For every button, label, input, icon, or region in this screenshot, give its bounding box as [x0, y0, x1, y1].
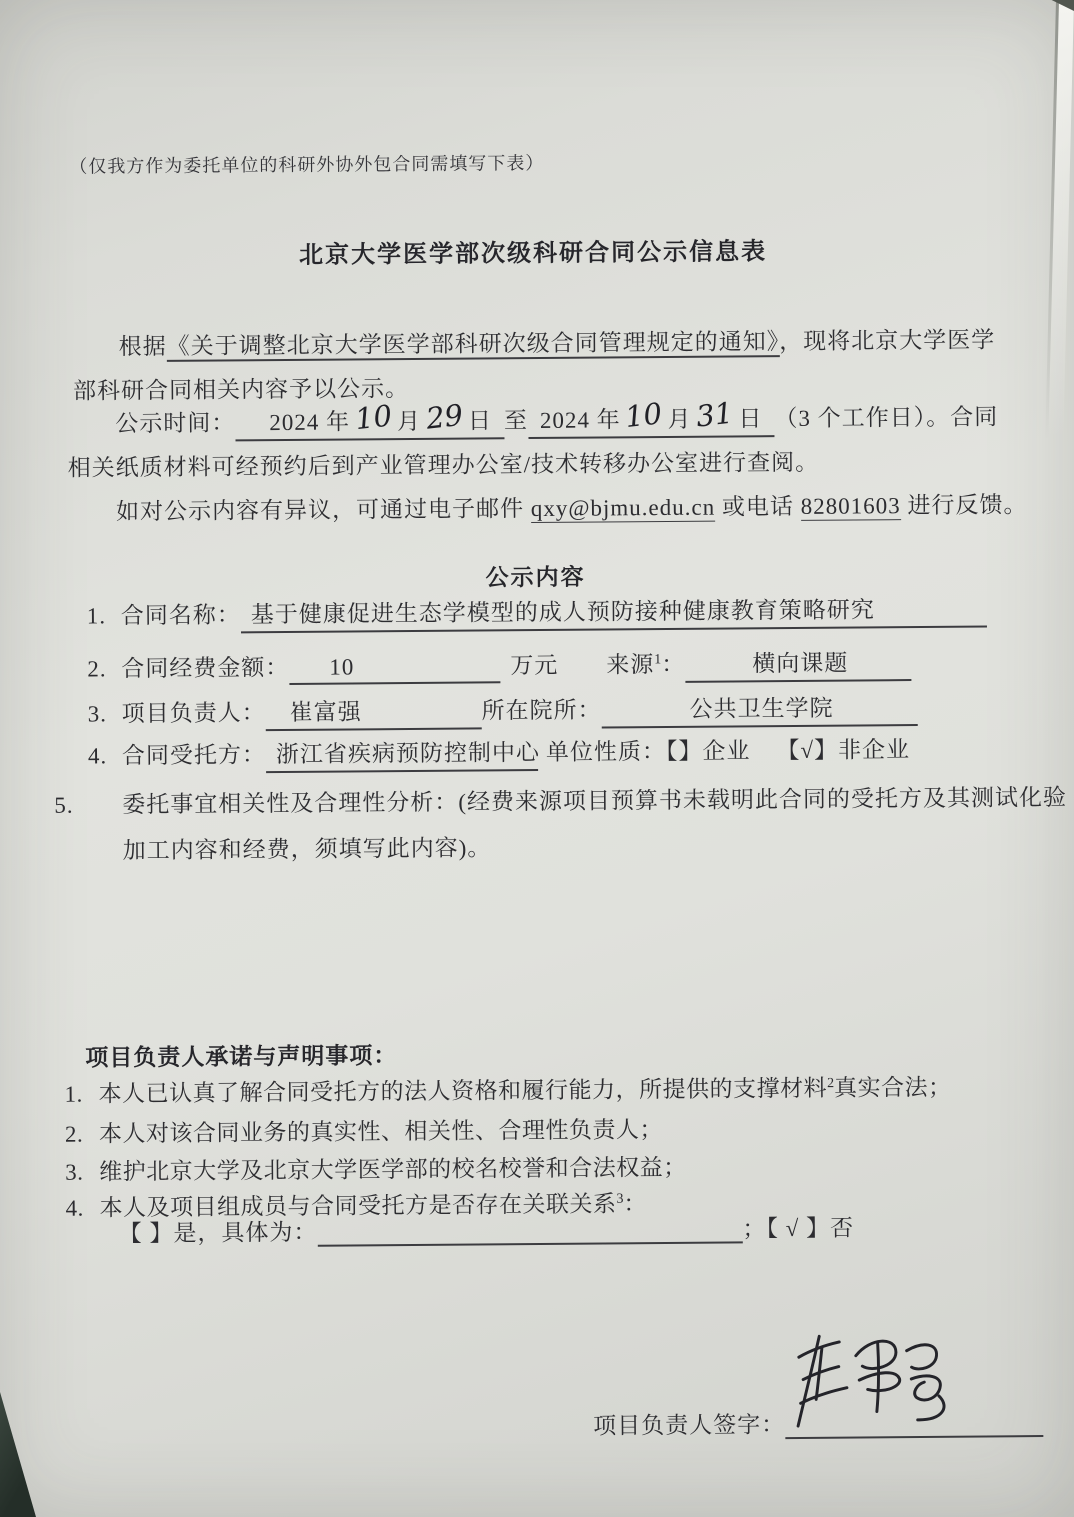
decl-text: 维护北京大学及北京大学医学部的校名校誉和合法权益； [99, 1155, 687, 1185]
item-relevance-analysis: 5.委托事宜相关性及合理性分析：(经费来源项目预算书未载明此合同的受托方及其测试… [88, 775, 1074, 875]
intro-prefix: 根据 [119, 334, 167, 359]
entity-enterprise-checkbox: 【】企业 [666, 738, 751, 764]
from-day-handwritten: 29 [424, 398, 464, 436]
date-from-segment: 2024 年10月29日 [235, 401, 504, 441]
relation-yes-no-line: 【 】是，具体为：；【 √ 】否 [119, 1210, 855, 1249]
entity-type-label: 单位性质： [546, 739, 666, 765]
signature-label: 项目负责人签字： [593, 1412, 785, 1439]
date-until-segment: 2024 年10月31日 [528, 399, 775, 439]
notice-title-underlined: 《关于调整北京大学医学部科研次级合同管理规定的通知》 [167, 329, 780, 362]
form-scope-note: （仅我方作为委托单位的科研外协外包合同需填写下表） [69, 149, 544, 179]
leader-value: 崔富强 [265, 692, 481, 731]
to-year-unit: 年 [597, 407, 621, 432]
to-day-unit: 日 [738, 406, 762, 431]
feedback-prefix: 如对公示内容有异议，可通过电子邮件 [116, 496, 531, 524]
from-year-unit: 年 [326, 409, 350, 434]
item-number: 4. [88, 743, 122, 769]
feedback-phone: 82801603 [801, 493, 901, 521]
from-month-unit: 月 [397, 409, 421, 434]
source-colon: ： [661, 652, 685, 677]
feedback-middle: 或电话 [715, 494, 801, 520]
item-contractor: 4.合同受托方：浙江省疾病预防控制中心单位性质：【】企业【√】非企业 [88, 731, 910, 774]
feedback-email: qxy@bjmu.edu.cn [531, 495, 716, 523]
amount-label: 合同经费金额： [121, 655, 289, 681]
contractor-label: 合同受托方： [122, 742, 266, 768]
item-number: 3. [88, 701, 122, 727]
declaration-item-2: 2.本人对该合同业务的真实性、相关性、合理性负责人； [65, 1111, 663, 1149]
yes-checkbox-option: 【 】是，具体为： [119, 1220, 318, 1247]
leader-label: 项目负责人： [122, 700, 266, 726]
decl-number: 4. [65, 1195, 99, 1221]
item-number: 1. [87, 603, 121, 629]
publicity-tail: （3 个工作日）。合同 [774, 404, 998, 431]
to-month-unit: 月 [667, 407, 691, 432]
institute-label: 所在院所： [482, 697, 602, 723]
decl-number: 1. [65, 1081, 99, 1107]
date-to-char: 至 [504, 408, 528, 433]
form-title: 北京大学医学部次级科研合同公示信息表 [0, 229, 1070, 272]
item-number: 2. [87, 656, 121, 682]
decl-number: 2. [65, 1121, 99, 1147]
section-heading: 公示内容 [0, 555, 1073, 596]
amount-value: 10 [289, 653, 500, 685]
publicity-line2: 相关纸质材料可经预约后到产业管理办公室/技术转移办公室进行查阅。 [68, 444, 820, 483]
decl-text-post: 真实合法； [834, 1075, 952, 1101]
feedback-suffix: 进行反馈。 [901, 492, 1028, 518]
analysis-label: 委托事宜相关性及合理性分析： [122, 790, 458, 818]
yes-detail-blank [317, 1217, 742, 1246]
source-value: 横向课题 [685, 644, 911, 683]
decl-text: 本人已认真了解合同受托方的法人资格和履行能力，所提供的支撑材料 [99, 1076, 828, 1107]
to-day-handwritten: 31 [695, 396, 735, 434]
no-checkbox-option: ；【 √ 】否 [742, 1216, 854, 1242]
item-contract-amount: 2.合同经费金额：10万元来源1：横向课题 [87, 644, 911, 687]
declaration-item-3: 3.维护北京大学及北京大学医学部的校名校誉和合法权益； [65, 1149, 687, 1187]
to-year: 2024 [540, 408, 590, 433]
publicity-period-line: 公示时间：2024 年10月29日至2024 年10月31日（3 个工作日）。合… [115, 397, 998, 442]
contract-name-label: 合同名称： [121, 602, 241, 628]
photographed-form-page: （仅我方作为委托单位的科研外协外包合同需填写下表） 北京大学医学部次级科研合同公… [0, 0, 1074, 1517]
form-content: （仅我方作为委托单位的科研外协外包合同需填写下表） 北京大学医学部次级科研合同公… [0, 0, 1074, 1517]
from-month-handwritten: 10 [353, 398, 393, 436]
feedback-line: 如对公示内容有异议，可通过电子邮件 qxy@bjmu.edu.cn 或电话 82… [116, 486, 1028, 526]
contractor-value: 浙江省疾病预防控制中心 [266, 734, 538, 773]
from-day-unit: 日 [468, 408, 492, 433]
source-label: 来源 [606, 652, 654, 677]
amount-unit: 万元 [510, 653, 558, 678]
item-contract-name: 1.合同名称：基于健康促进生态学模型的成人预防接种健康教育策略研究 [87, 590, 987, 634]
institute-value: 公共卫生学院 [601, 689, 917, 728]
from-year: 2024 [269, 410, 319, 435]
decl-text: 本人对该合同业务的真实性、相关性、合理性负责人； [99, 1117, 663, 1146]
contract-name-value: 基于健康促进生态学模型的成人预防接种健康教育策略研究 [241, 590, 987, 633]
signature-handwriting [780, 1318, 964, 1437]
declaration-heading: 项目负责人承诺与声明事项： [85, 1037, 397, 1072]
to-month-handwritten: 10 [624, 396, 664, 434]
decl-number: 3. [65, 1159, 99, 1185]
declaration-item-1: 1.本人已认真了解合同受托方的法人资格和履行能力，所提供的支撑材料2真实合法； [64, 1069, 951, 1109]
item-project-leader: 3.项目负责人：崔富强所在院所：公共卫生学院 [87, 689, 917, 733]
item-number: 5. [88, 782, 122, 828]
publicity-label: 公示时间： [115, 410, 235, 436]
entity-non-enterprise-checkbox: 【√】非企业 [776, 737, 910, 763]
